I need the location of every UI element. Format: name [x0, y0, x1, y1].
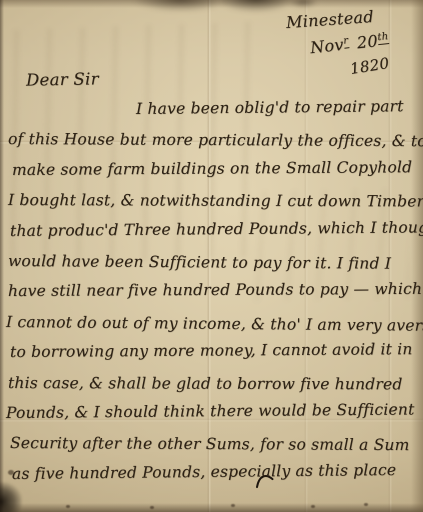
body-line: Pounds, & I should think there would be … — [6, 394, 420, 428]
heading-month-suffix: r — [343, 35, 349, 48]
heading-date: Novr 20th — [309, 30, 392, 57]
body-line: make some farm buildings on the Small Co… — [12, 152, 420, 185]
heading-place: Minestead — [285, 7, 374, 32]
paper-speck — [231, 504, 235, 507]
body-line: that produc'd Three hundred Pounds, whic… — [10, 212, 420, 246]
body-line: to borrowing any more money, I cannot av… — [10, 334, 420, 367]
letter-body: I have been oblig'd to repair part of th… — [8, 94, 420, 489]
ink-smudge — [222, 0, 297, 13]
salutation: Dear Sir — [26, 69, 99, 89]
heading-day: 20 — [356, 31, 379, 52]
paper-edge-shadow — [0, 503, 423, 512]
paper-speck — [150, 506, 154, 509]
ink-smudge — [288, 0, 318, 8]
body-line: have still near five hundred Pounds to p… — [8, 274, 420, 307]
paper-speck — [364, 503, 368, 506]
body-line: as five hundred Pounds, especially as th… — [12, 454, 420, 489]
heading-day-suffix: th — [377, 31, 389, 45]
heading-month: Nov — [309, 35, 344, 57]
paper-speck — [311, 505, 315, 508]
body-line: I have been oblig'd to repair part — [136, 91, 420, 124]
paper-speck — [66, 505, 70, 508]
paper-edge-shadow — [0, 0, 4, 512]
ink-smudge — [133, 0, 228, 12]
heading-year: 1820 — [349, 54, 391, 78]
letter-photograph: Minestead Novr 20th 1820 Dear Sir I have… — [0, 0, 423, 512]
